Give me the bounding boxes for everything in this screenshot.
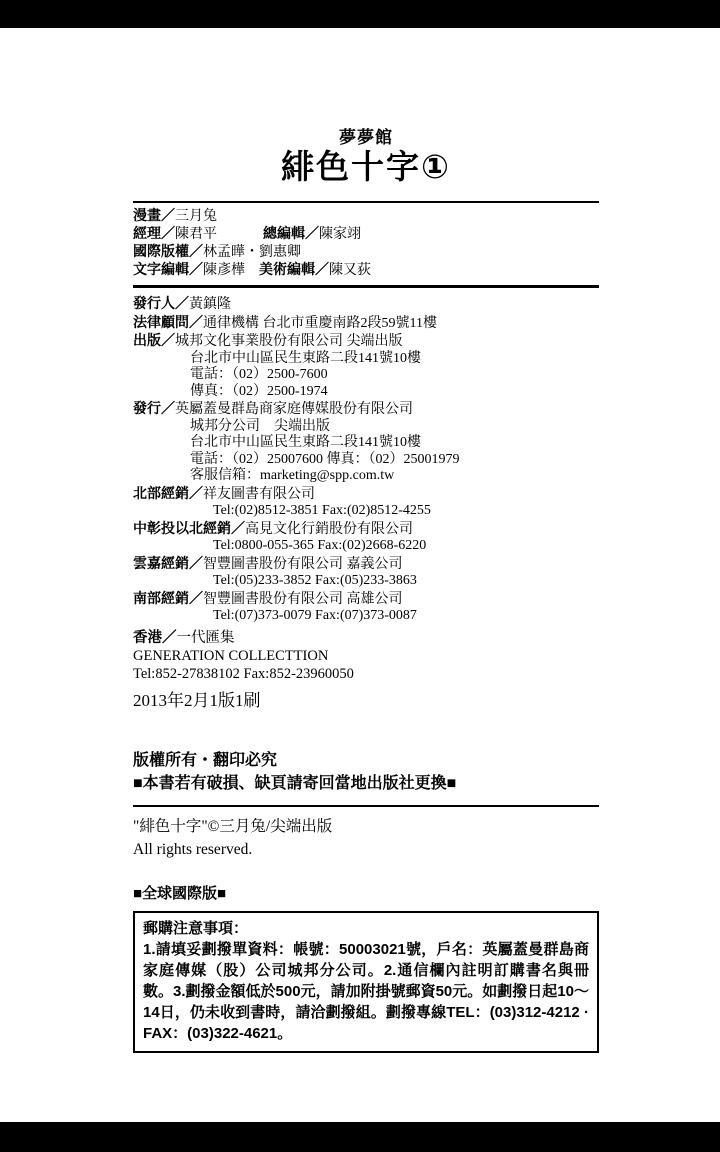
credit-line: 漫畫／三月兔 bbox=[133, 207, 599, 225]
publisher-line: 台北市中山區民生東路二段141號10樓 bbox=[133, 435, 599, 452]
publisher-role: 發行／ bbox=[133, 400, 175, 416]
mail-order-instructions: 1.請填妥劃撥單資料：帳號：50003021號，戶名：英屬蓋曼群島商家庭傳媒（股… bbox=[143, 939, 589, 1044]
hongkong-role: 香港／ bbox=[133, 630, 177, 646]
credit-person: 陳君平 bbox=[175, 227, 217, 242]
damaged-copy-notice: ■本書若有破損、缺頁請寄回當地出版社更換■ bbox=[133, 772, 599, 795]
publisher-value: 城邦文化事業股份有限公司 尖端出版 bbox=[175, 334, 403, 349]
publisher-value: Tel:0800-055-365 Fax:(02)2668-6220 bbox=[213, 538, 426, 553]
publisher-value: 電話：（02）2500-7600 bbox=[190, 367, 328, 382]
publisher-line: Tel:(07)373-0079 Fax:(07)373-0087 bbox=[133, 608, 599, 625]
credit-role: 文字編輯／ bbox=[133, 261, 203, 277]
publisher-line: 電話：（02）25007600 傳真：（02）25001979 bbox=[133, 452, 599, 469]
publisher-value: 祥友圖書有限公司 bbox=[203, 487, 315, 502]
hongkong-value: 一代匯集 bbox=[177, 630, 235, 646]
global-edition-label: ■全球國際版■ bbox=[133, 885, 599, 903]
publisher-line: 發行人／黃鎮隆 bbox=[133, 295, 599, 314]
credit-role: 國際版權／ bbox=[133, 243, 203, 259]
publisher-line: 台北市中山區民生東路二段141號10樓 bbox=[133, 351, 599, 368]
publisher-role: 北部經銷／ bbox=[133, 485, 203, 501]
publisher-line: 雲嘉經銷／智豐圖書股份有限公司 嘉義公司 bbox=[133, 555, 599, 574]
publisher-value: 客服信箱：marketing@spp.com.tw bbox=[190, 468, 394, 483]
divider-thick bbox=[133, 285, 599, 288]
book-title: 緋色十字① bbox=[133, 149, 599, 185]
publisher-value: 傳真：（02）2500-1974 bbox=[190, 384, 328, 399]
credit-line: 國際版權／林孟曄・劉惠卿 bbox=[133, 243, 599, 261]
publisher-role: 發行人／ bbox=[133, 295, 189, 311]
credit-role: 總編輯／ bbox=[263, 225, 319, 241]
publisher-line: 傳真：（02）2500-1974 bbox=[133, 384, 599, 401]
publisher-value: 智豐圖書股份有限公司 高雄公司 bbox=[203, 592, 403, 607]
publisher-line: 出版／城邦文化事業股份有限公司 尖端出版 bbox=[133, 332, 599, 351]
publisher-role: 雲嘉經銷／ bbox=[133, 555, 203, 571]
publisher-line: 客服信箱：marketing@spp.com.tw bbox=[133, 468, 599, 485]
divider-bottom bbox=[133, 805, 599, 807]
publisher-value: Tel:(02)8512-3851 Fax:(02)8512-4255 bbox=[213, 503, 431, 518]
credit-line: 文字編輯／陳彥樺美術編輯／陳又荻 bbox=[133, 261, 599, 279]
credit-line: 經理／陳君平總編輯／陳家翊 bbox=[133, 225, 599, 243]
publisher-value: 英屬蓋曼群島商家庭傳媒股份有限公司 bbox=[175, 402, 413, 417]
hongkong-block: 香港／一代匯集 GENERATION COLLECTTION Tel:852-2… bbox=[133, 629, 599, 683]
credit-person: 陳又荻 bbox=[329, 263, 371, 278]
colophon-page: 夢夢館 緋色十字① 漫畫／三月兔 經理／陳君平總編輯／陳家翊 國際版權／林孟曄・… bbox=[133, 28, 599, 1053]
credit-person: 林孟曄・劉惠卿 bbox=[203, 245, 301, 260]
edition-line: 2013年2月1版1刷 bbox=[133, 691, 599, 711]
publisher-value: Tel:(07)373-0079 Fax:(07)373-0087 bbox=[213, 608, 417, 623]
publisher-line: 北部經銷／祥友圖書有限公司 bbox=[133, 485, 599, 504]
publisher-line: Tel:(02)8512-3851 Fax:(02)8512-4255 bbox=[133, 503, 599, 520]
publisher-value: 智豐圖書股份有限公司 嘉義公司 bbox=[203, 557, 403, 572]
publisher-value: 台北市中山區民生東路二段141號10樓 bbox=[190, 351, 421, 366]
credit-person: 陳家翊 bbox=[319, 227, 361, 242]
rights-line: "緋色十字"©三月兔/尖端出版 bbox=[133, 815, 599, 838]
publisher-line: 城邦分公司 尖端出版 bbox=[133, 419, 599, 436]
publisher-value: 城邦分公司 尖端出版 bbox=[190, 419, 330, 434]
credit-role: 美術編輯／ bbox=[259, 261, 329, 277]
publisher-line: Tel:(05)233-3852 Fax:(05)233-3863 bbox=[133, 573, 599, 590]
copyright-notice: 版權所有・翻印必究 bbox=[133, 749, 599, 772]
publisher-value: 高見文化行銷股份有限公司 bbox=[245, 522, 413, 537]
publisher-value: 台北市中山區民生東路二段141號10樓 bbox=[190, 435, 421, 450]
hongkong-phone: Tel:852-27838102 Fax:852-23960050 bbox=[133, 665, 599, 683]
publisher-line: Tel:0800-055-365 Fax:(02)2668-6220 bbox=[133, 538, 599, 555]
publisher-value: 電話：（02）25007600 傳真：（02）25001979 bbox=[190, 452, 460, 467]
hongkong-line: 香港／一代匯集 bbox=[133, 629, 599, 647]
rights-block: "緋色十字"©三月兔/尖端出版 All rights reserved. bbox=[133, 815, 599, 861]
publisher-value: 黃鎮隆 bbox=[189, 297, 231, 312]
publisher-line: 南部經銷／智豐圖書股份有限公司 高雄公司 bbox=[133, 590, 599, 609]
publisher-line: 法律顧問／通律機構 台北市重慶南路2段59號11樓 bbox=[133, 314, 599, 333]
publisher-line: 發行／英屬蓋曼群島商家庭傳媒股份有限公司 bbox=[133, 400, 599, 419]
credits-block: 漫畫／三月兔 經理／陳君平總編輯／陳家翊 國際版權／林孟曄・劉惠卿 文字編輯／陳… bbox=[133, 203, 599, 285]
top-letterbox-bar bbox=[0, 0, 720, 28]
credit-role: 漫畫／ bbox=[133, 207, 175, 223]
copyright-block: 版權所有・翻印必究 ■本書若有破損、缺頁請寄回當地出版社更換■ bbox=[133, 749, 599, 795]
bottom-letterbox-bar bbox=[0, 1122, 720, 1152]
mail-order-heading: 郵購注意事項： bbox=[143, 918, 589, 939]
publisher-line: 電話：（02）2500-7600 bbox=[133, 367, 599, 384]
publisher-value: Tel:(05)233-3852 Fax:(05)233-3863 bbox=[213, 573, 417, 588]
publisher-line: 中彰投以北經銷／高見文化行銷股份有限公司 bbox=[133, 520, 599, 539]
publisher-role: 出版／ bbox=[133, 332, 175, 348]
publisher-role: 南部經銷／ bbox=[133, 590, 203, 606]
publisher-role: 法律顧問／ bbox=[133, 314, 203, 330]
publisher-value: 通律機構 台北市重慶南路2段59號11樓 bbox=[203, 316, 437, 331]
publisher-role: 中彰投以北經銷／ bbox=[133, 520, 245, 536]
rights-reserved: All rights reserved. bbox=[133, 838, 599, 861]
publisher-block: 發行人／黃鎮隆 法律顧問／通律機構 台北市重慶南路2段59號11樓 出版／城邦文… bbox=[133, 295, 599, 625]
credit-person: 三月兔 bbox=[175, 209, 217, 224]
credit-role: 經理／ bbox=[133, 225, 175, 241]
imprint-name: 夢夢館 bbox=[133, 128, 599, 147]
credit-person: 陳彥樺 bbox=[203, 263, 245, 278]
mail-order-box: 郵購注意事項： 1.請填妥劃撥單資料：帳號：50003021號，戶名：英屬蓋曼群… bbox=[133, 911, 599, 1053]
hongkong-company-en: GENERATION COLLECTTION bbox=[133, 647, 599, 665]
